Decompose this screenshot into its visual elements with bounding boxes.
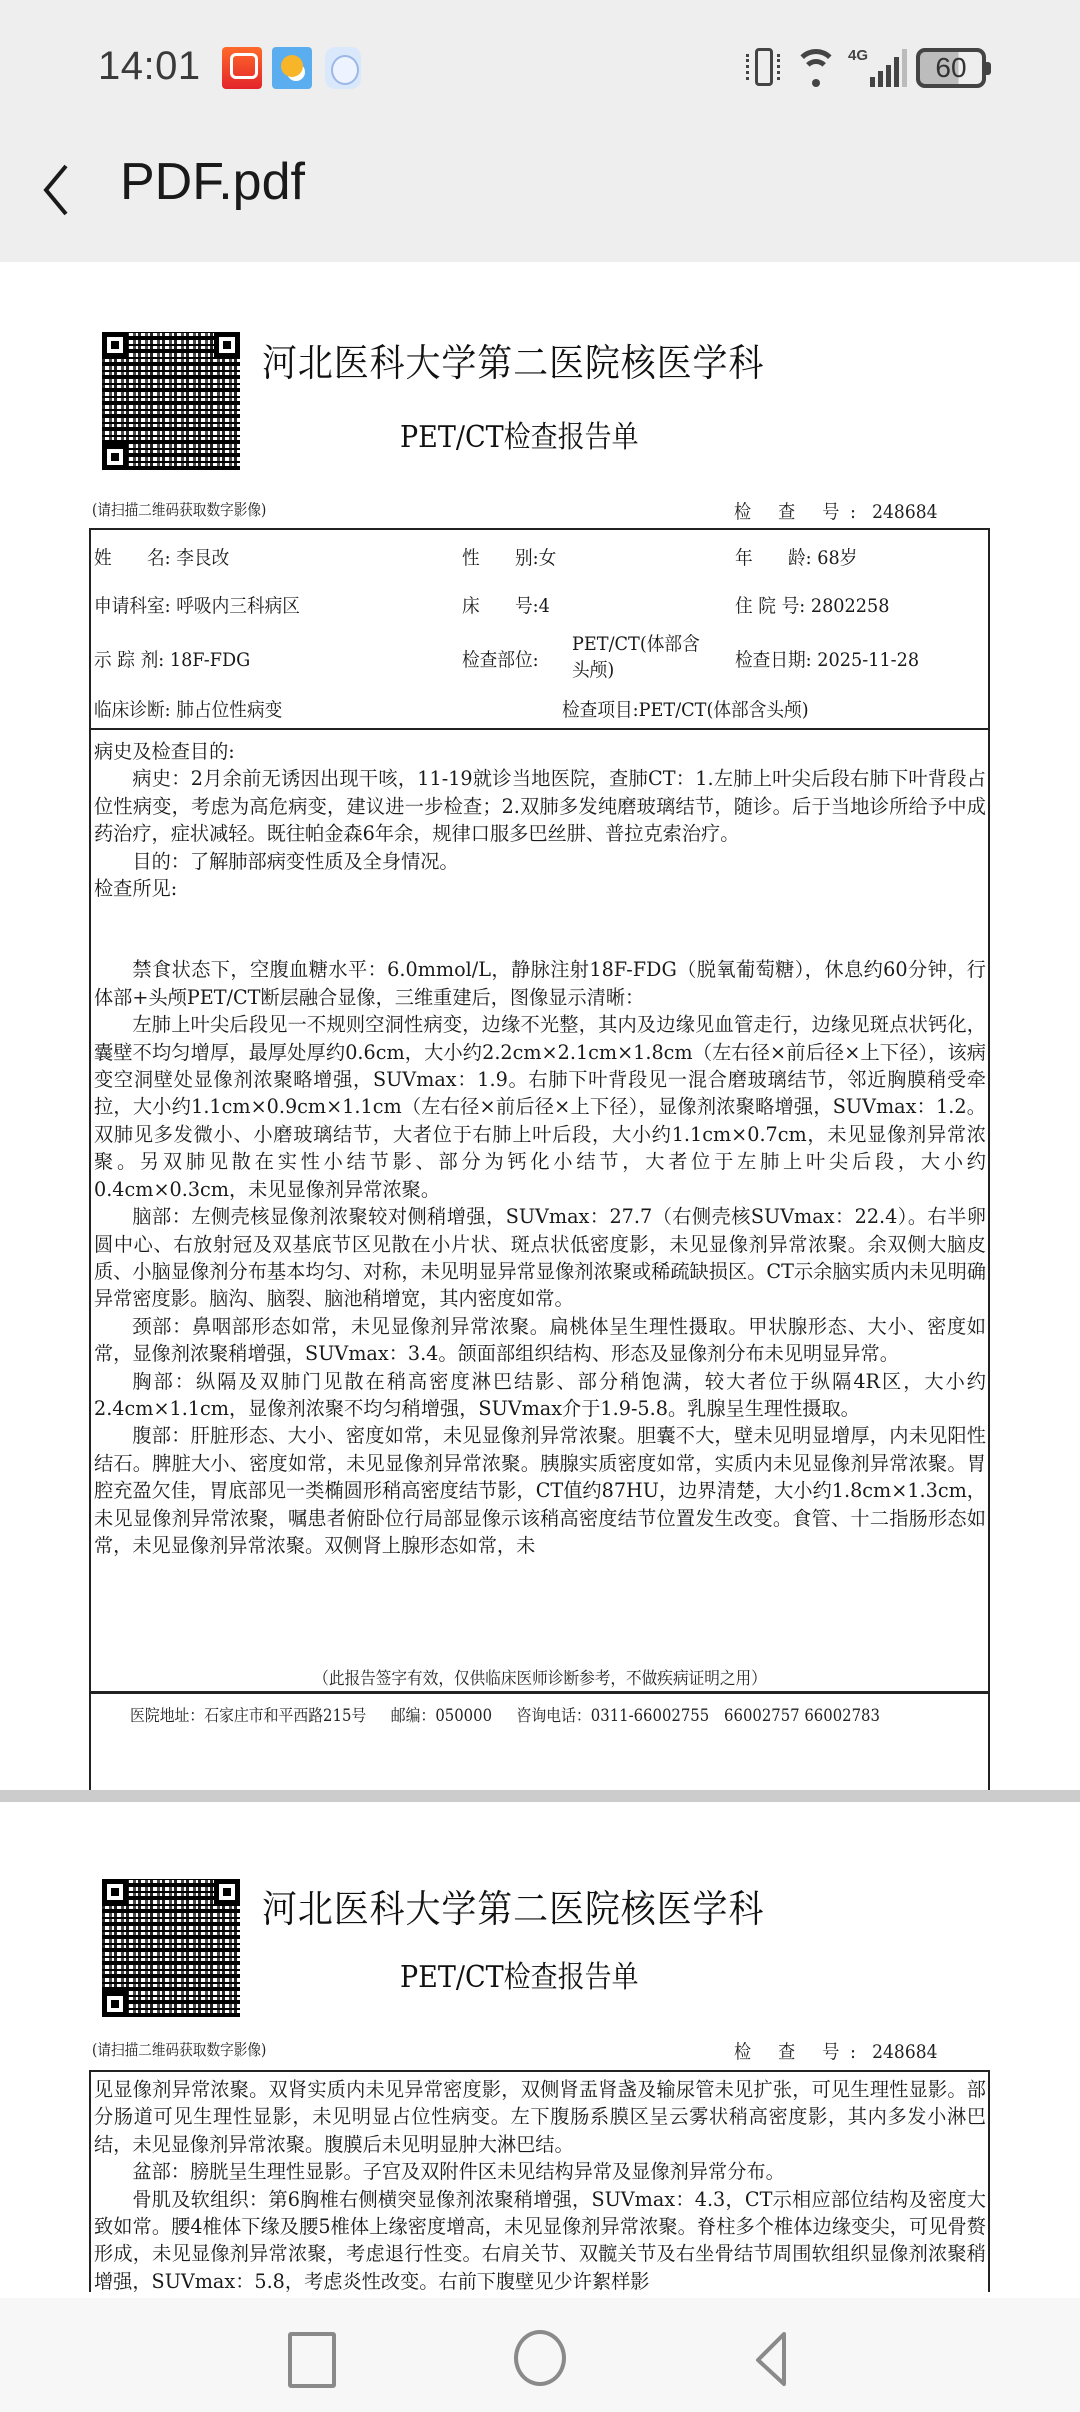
vibrate-icon	[744, 46, 784, 90]
history-heading: 病史及检查目的:	[94, 738, 986, 765]
wifi-icon	[794, 47, 838, 89]
nav-back-button[interactable]	[744, 2328, 804, 2388]
findings-paragraph: 胸部：纵隔及双肺门见散在稍高密度淋巴结影、部分稍饱满，较大者位于纵隔4R区，大小…	[94, 1368, 986, 1423]
patient-age: 年 龄: 68岁	[735, 546, 857, 570]
exam-number-value: 248684	[872, 501, 937, 523]
weather-app-icon	[272, 47, 312, 89]
network-type: 4G	[848, 47, 868, 64]
battery-level: 60	[935, 54, 966, 82]
exam-date: 检查日期: 2025-11-28	[735, 648, 919, 672]
patient-info: 姓 名: 李艮改 性 别:女 年 龄: 68岁 申请科室: 呼吸内三科病区 床 …	[91, 530, 988, 730]
findings-paragraph: 见显像剂异常浓聚。双肾实质内未见异常密度影，双侧肾盂肾盏及输尿管未见扩张，可见生…	[94, 2076, 986, 2158]
report-title: PET/CT检查报告单	[400, 1952, 639, 1996]
findings-paragraph: 骨肌及软组织：第6胸椎右侧横突显像剂浓聚稍增强，SUVmax：4.3，CT示相应…	[94, 2186, 986, 2292]
findings-paragraph: 脑部：左侧壳核显像剂浓聚较对侧稍增强，SUVmax：27.7（右侧壳核SUVma…	[94, 1203, 986, 1313]
exam-number-value: 248684	[872, 2041, 937, 2063]
qr-hint: (请扫描二维码获取数字影像)	[92, 2038, 266, 2060]
postcode: 邮编：050000	[391, 1706, 492, 1725]
findings-paragraph: 禁食状态下，空腹血糖水平：6.0mmol/L，静脉注射18F-FDG（脱氧葡萄糖…	[94, 956, 986, 1011]
disclaimer: （此报告签字有效，仅供临床医师诊断参考，不做疾病证明之用）	[43, 1664, 1037, 1689]
qr-code	[102, 1879, 240, 2017]
exam-number: 检 查 号: 248684	[734, 2037, 937, 2064]
kuaishou-app-icon	[222, 47, 262, 89]
exam-item: 检查项目:PET/CT(体部含头颅)	[562, 698, 809, 722]
tracer: 示 踪 剂: 18F-FDG	[94, 648, 250, 672]
qr-code	[102, 332, 240, 470]
system-status-icons: 4G 60	[744, 46, 986, 90]
findings-paragraph: 腹部：肝脏形态、大小、密度如常，未见显像剂异常浓聚。胆囊不大，壁未见明显增厚，内…	[94, 1422, 986, 1559]
exam-number-label: 检 查 号:	[734, 2041, 867, 2063]
hospital-name: 河北医科大学第二医院核医学科	[262, 332, 764, 387]
pdf-page-1[interactable]: 河北医科大学第二医院核医学科 PET/CT检查报告单 (请扫描二维码获取数字影像…	[0, 262, 1080, 1790]
home-button[interactable]	[512, 2328, 572, 2388]
document-title: PDF.pdf	[120, 152, 305, 212]
top-bar: 14:01 4G 60 PDF.pdf	[0, 0, 1080, 262]
history-text: 病史：2月余前无诱因出现干咳，11-19就诊当地医院，查肺CT：1.左肺上叶尖后…	[94, 765, 986, 847]
bed-number: 床 号:4	[462, 594, 550, 618]
purpose-text: 目的：了解肺部病变性质及全身情况。	[94, 848, 986, 875]
report-body: 病史及检查目的: 病史：2月余前无诱因出现干咳，11-19就诊当地医院，查肺CT…	[94, 738, 986, 1559]
battery-icon: 60	[916, 48, 986, 88]
report-title: PET/CT检查报告单	[400, 412, 639, 456]
footer-divider	[89, 1691, 990, 1694]
report-box: 见显像剂异常浓聚。双肾实质内未见异常密度影，双侧肾盂肾盏及输尿管未见扩张，可见生…	[89, 2070, 990, 2292]
findings-paragraph: 颈部：鼻咽部形态如常，未见显像剂异常浓聚。扁桃体呈生理性摄取。甲状腺形态、大小、…	[94, 1313, 986, 1368]
inpatient-number: 住 院 号: 2802258	[735, 594, 890, 618]
cellular-signal-icon: 4G	[848, 47, 906, 89]
pdf-page-2[interactable]: 河北医科大学第二医院核医学科 PET/CT检查报告单 (请扫描二维码获取数字影像…	[0, 1802, 1080, 2292]
patient-name: 姓 名: 李艮改	[94, 546, 229, 570]
patient-sex: 性 别:女	[462, 546, 556, 570]
exam-number-label: 检 查 号:	[734, 501, 867, 523]
exam-number: 检 查 号: 248684	[734, 497, 937, 524]
recent-apps-button[interactable]	[284, 2328, 344, 2388]
system-navigation-bar	[0, 2298, 1080, 2412]
findings-paragraph: 左肺上叶尖后段见一不规则空洞性病变，边缘不光整，其内及边缘见血管走行，边缘见斑点…	[94, 1011, 986, 1203]
page-separator	[0, 1790, 1080, 1802]
assistant-app-icon	[325, 47, 361, 89]
requesting-dept: 申请科室: 呼吸内三科病区	[94, 594, 300, 618]
findings-paragraph: 盆部：膀胱呈生理性显影。子宫及双附件区未见结构异常及显像剂异常分布。	[94, 2158, 986, 2185]
triangle-back-icon	[744, 2328, 804, 2388]
hospital-name: 河北医科大学第二医院核医学科	[262, 1878, 764, 1933]
exam-site-value-1: PET/CT(体部含	[572, 632, 700, 656]
hospital-contact: 医院地址：石家庄市和平西路215号 邮编：050000 咨询电话：0311-66…	[130, 1702, 900, 1726]
exam-site-label: 检查部位:	[462, 648, 539, 672]
hospital-address: 医院地址：石家庄市和平西路215号	[130, 1706, 366, 1725]
qr-hint: (请扫描二维码获取数字影像)	[92, 498, 266, 520]
findings-heading: 检查所见:	[94, 875, 986, 902]
clinical-diagnosis: 临床诊断: 肺占位性病变	[94, 698, 282, 722]
exam-site-value-2: 头颅)	[572, 658, 614, 682]
back-button[interactable]	[36, 160, 80, 220]
phone: 咨询电话：0311-66002755 66002757 66002783	[517, 1706, 880, 1725]
chevron-left-icon	[36, 160, 80, 220]
report-body-continued: 见显像剂异常浓聚。双肾实质内未见异常密度影，双侧肾盂肾盏及输尿管未见扩张，可见生…	[94, 2076, 986, 2292]
status-time: 14:01	[98, 44, 201, 89]
